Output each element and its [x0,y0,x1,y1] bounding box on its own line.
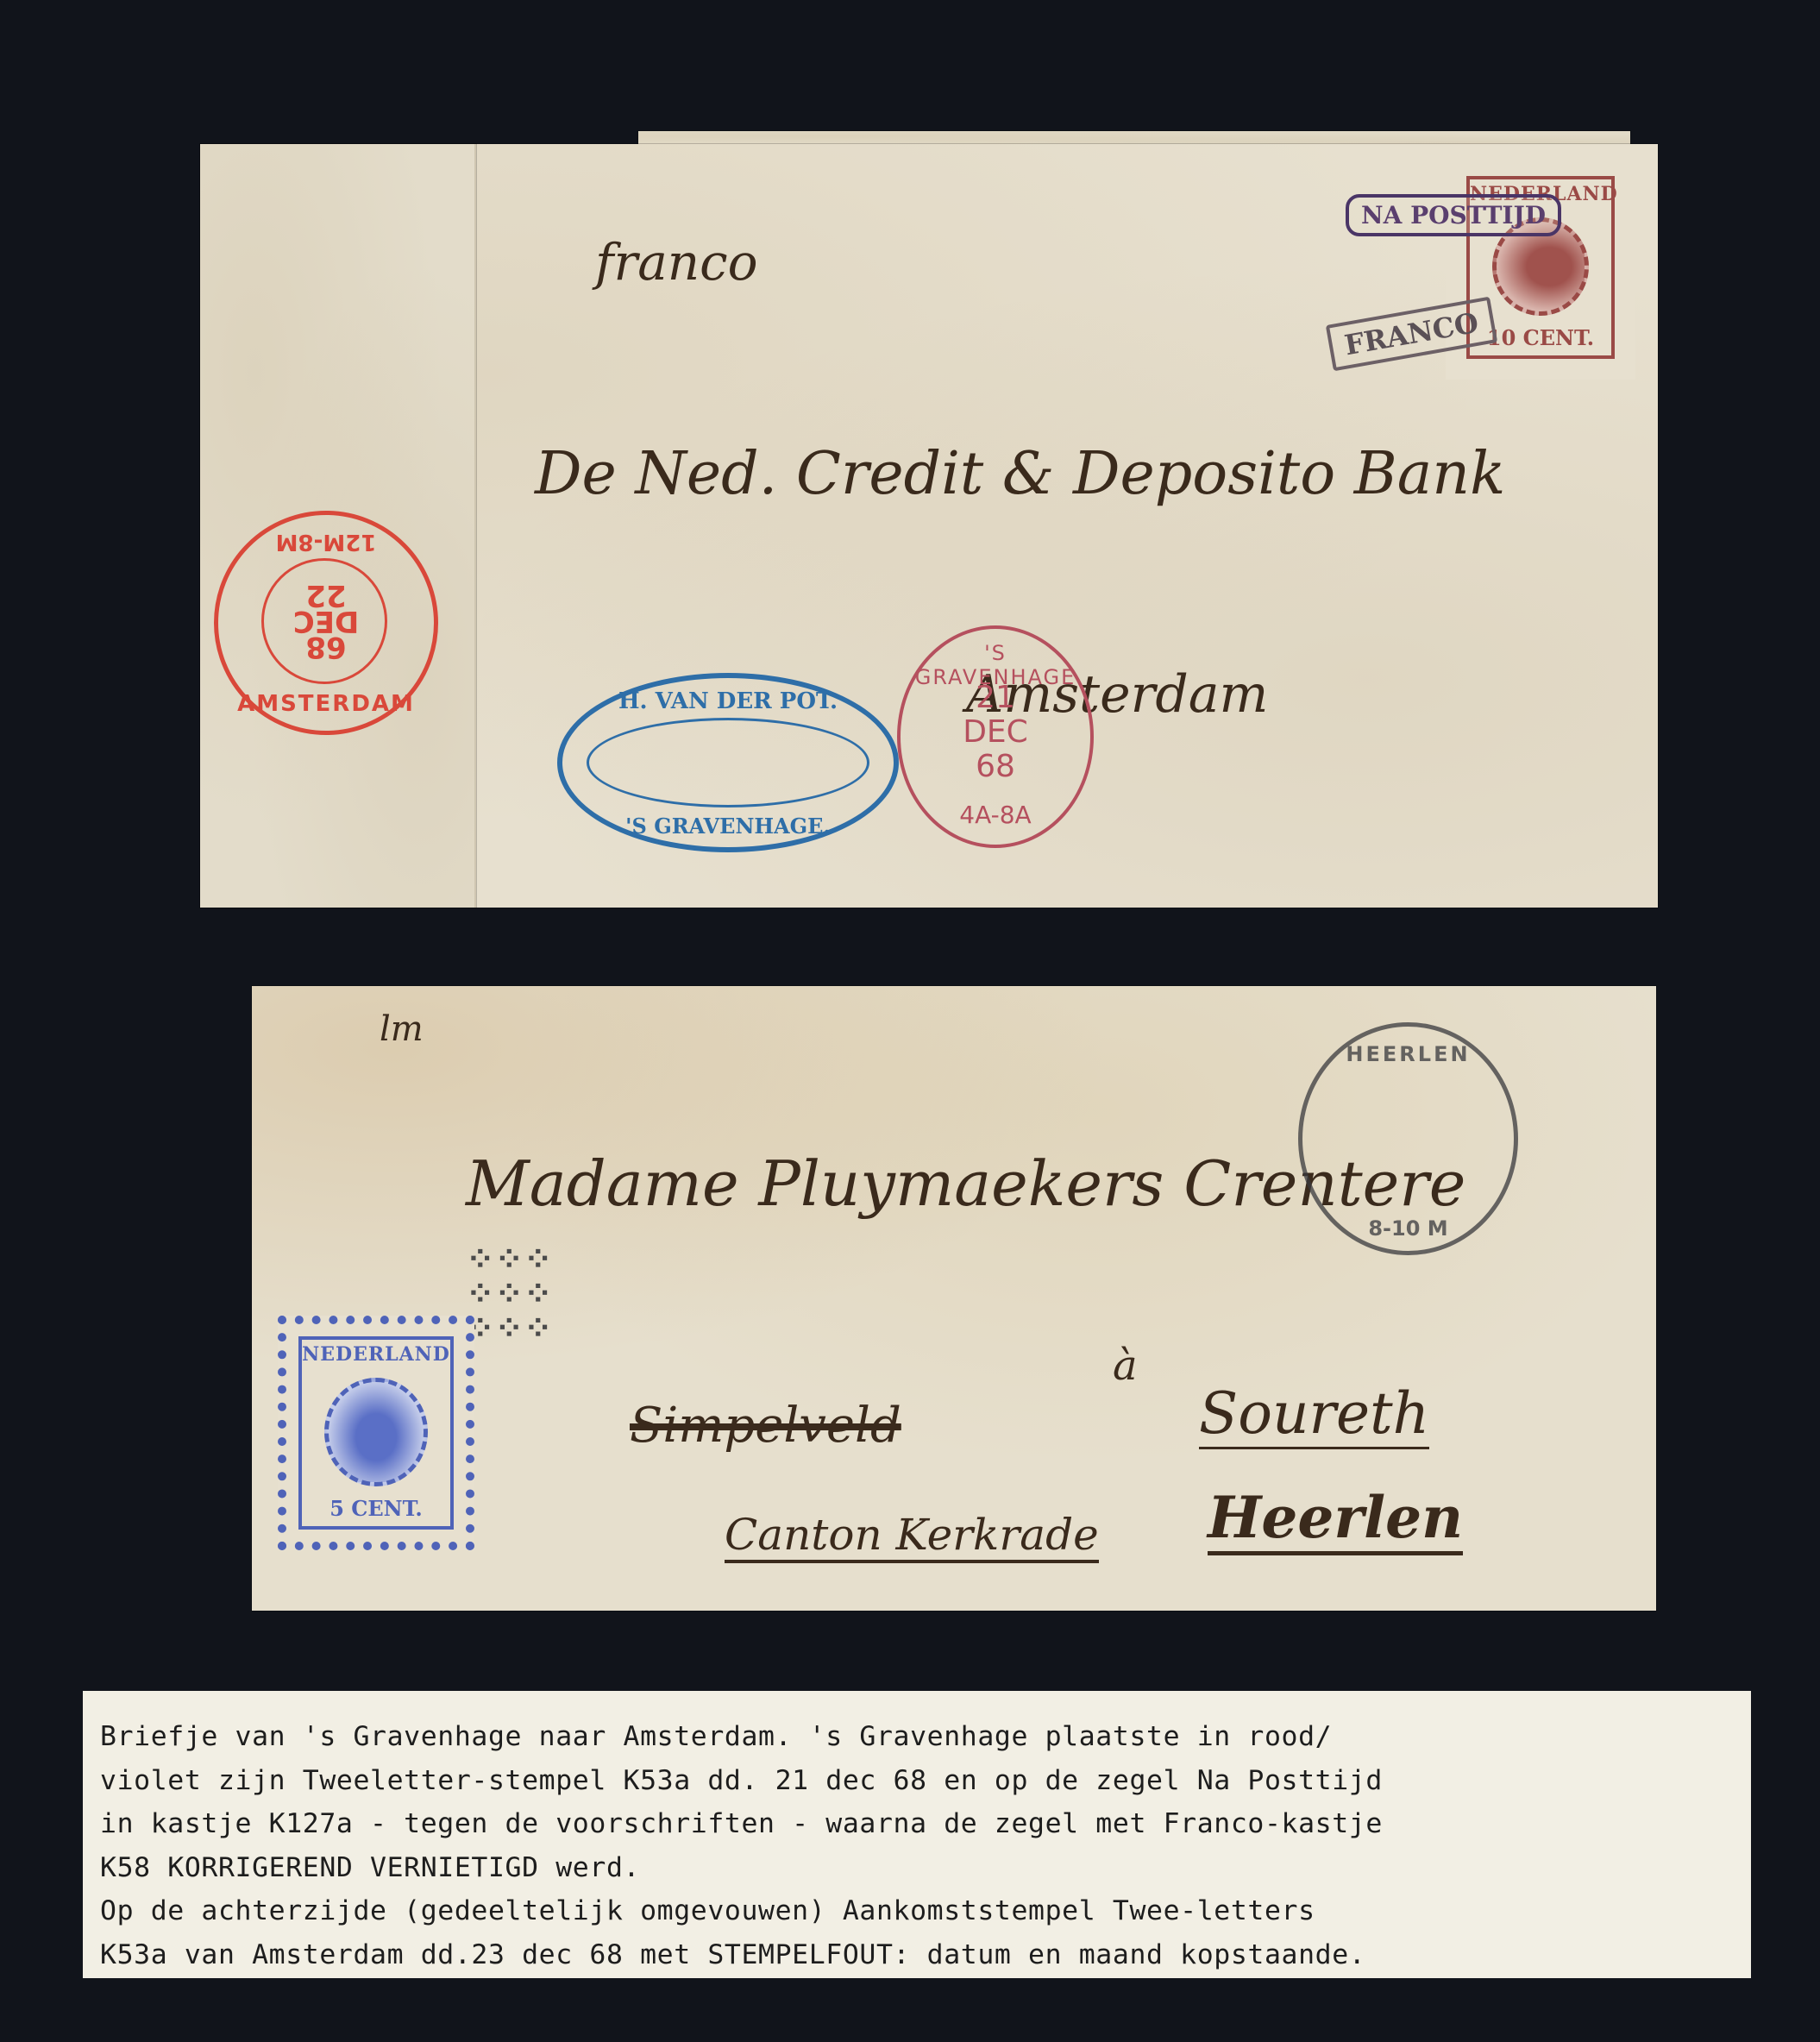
na-posttijd-cancel: NA POSTTIJD [1346,194,1561,236]
caption-line: K58 KORRIGEREND VERNIETIGD werd. [100,1846,1751,1890]
postmark-time: 12M-8M [218,529,434,555]
numeral-cancel: ⁘⁘⁘ ⁘⁘⁘ ⁘⁘⁘ [466,1242,553,1346]
stamp-value: 5 CENT. [302,1496,450,1521]
cachet-inner-oval [587,718,869,807]
address-line-1: De Ned. Credit & Deposito Bank [535,440,1505,508]
postmark-date: 68 DEC 22 [218,582,434,660]
address-line-4: Canton Kerkrade [725,1510,1099,1563]
caption-line: Briefje van 's Gravenhage naar Amsterdam… [100,1715,1751,1759]
postmark-amsterdam: 12M-8M 68 DEC 22 AMSTERDAM [214,511,438,735]
address-line-5: Heerlen [1208,1484,1463,1555]
manuscript-franco: franco [595,233,758,292]
sender-oval-cachet: H. VAN DER POT. 'S GRAVENHAGE. [557,673,899,852]
address-prefix: à [1113,1341,1138,1390]
postmark-heerlen: HEERLEN 8-10 M [1298,1022,1518,1255]
caption-label: Briefje van 's Gravenhage naar Amsterdam… [83,1691,1751,1978]
postmark-gravenhage: 'S GRAVENHAGE 21 DEC 68 4A-8A [897,625,1094,848]
caption-line: in kastje K127a - tegen de voorschriften… [100,1802,1751,1846]
postmark-town: AMSTERDAM [218,691,434,717]
manuscript-mark: lm [380,1009,424,1049]
address-line-struck: Simpelveld [630,1398,901,1454]
caption-line: K53a van Amsterdam dd.23 dec 68 met STEM… [100,1933,1751,1977]
address-line-3: Soureth [1199,1380,1429,1449]
caption-line: violet zijn Tweeletter-stempel K53a dd. … [100,1759,1751,1803]
stamp-5-cent: NEDERLAND 5 CENT. [278,1316,474,1550]
king-portrait-icon [324,1378,428,1486]
caption-line: Op de achterzijde (gedeeltelijk omgevouw… [100,1889,1751,1933]
stamp-country: NEDERLAND [302,1343,450,1366]
